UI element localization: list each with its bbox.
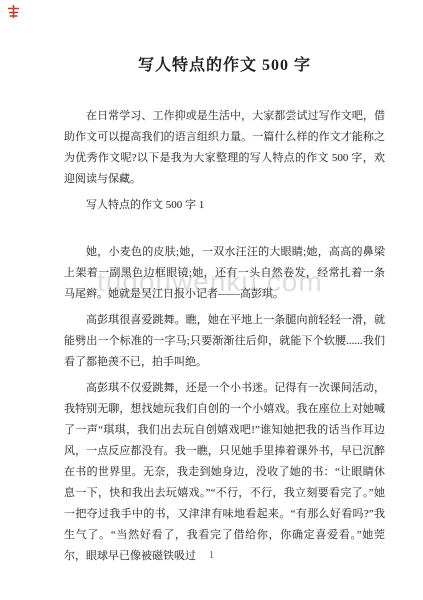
body-paragraph: 高彭琪很喜爱跳舞。瞧，她在平地上一条腿向前轻轻一滑，就能劈出一个标准的一字马;只… — [64, 310, 385, 373]
document-title: 写人特点的作文 500 字 — [64, 54, 385, 78]
red-stamp-icon — [7, 4, 20, 19]
section-heading: 写人特点的作文 500 字 1 — [64, 195, 385, 216]
body-paragraph: 高彭琪不仅爱跳舞，还是一个小书迷。记得有一次课间活动，我特别无聊，想找她玩我们自… — [64, 378, 385, 567]
document-page: tudouwenku.com 写人特点的作文 500 字 在日常学习、工作抑或是… — [0, 0, 423, 600]
intro-paragraph: 在日常学习、工作抑或是生活中，大家都尝试过写作文吧，借助作文可以提高我们的语言组… — [64, 106, 385, 190]
document-content: 写人特点的作文 500 字 在日常学习、工作抑或是生活中，大家都尝试过写作文吧，… — [64, 0, 385, 572]
body-paragraph: 她，小麦色的皮肤;她，一双水汪汪的大眼睛;她，高高的鼻梁上架着一副黑色边框眼镜;… — [64, 242, 385, 305]
